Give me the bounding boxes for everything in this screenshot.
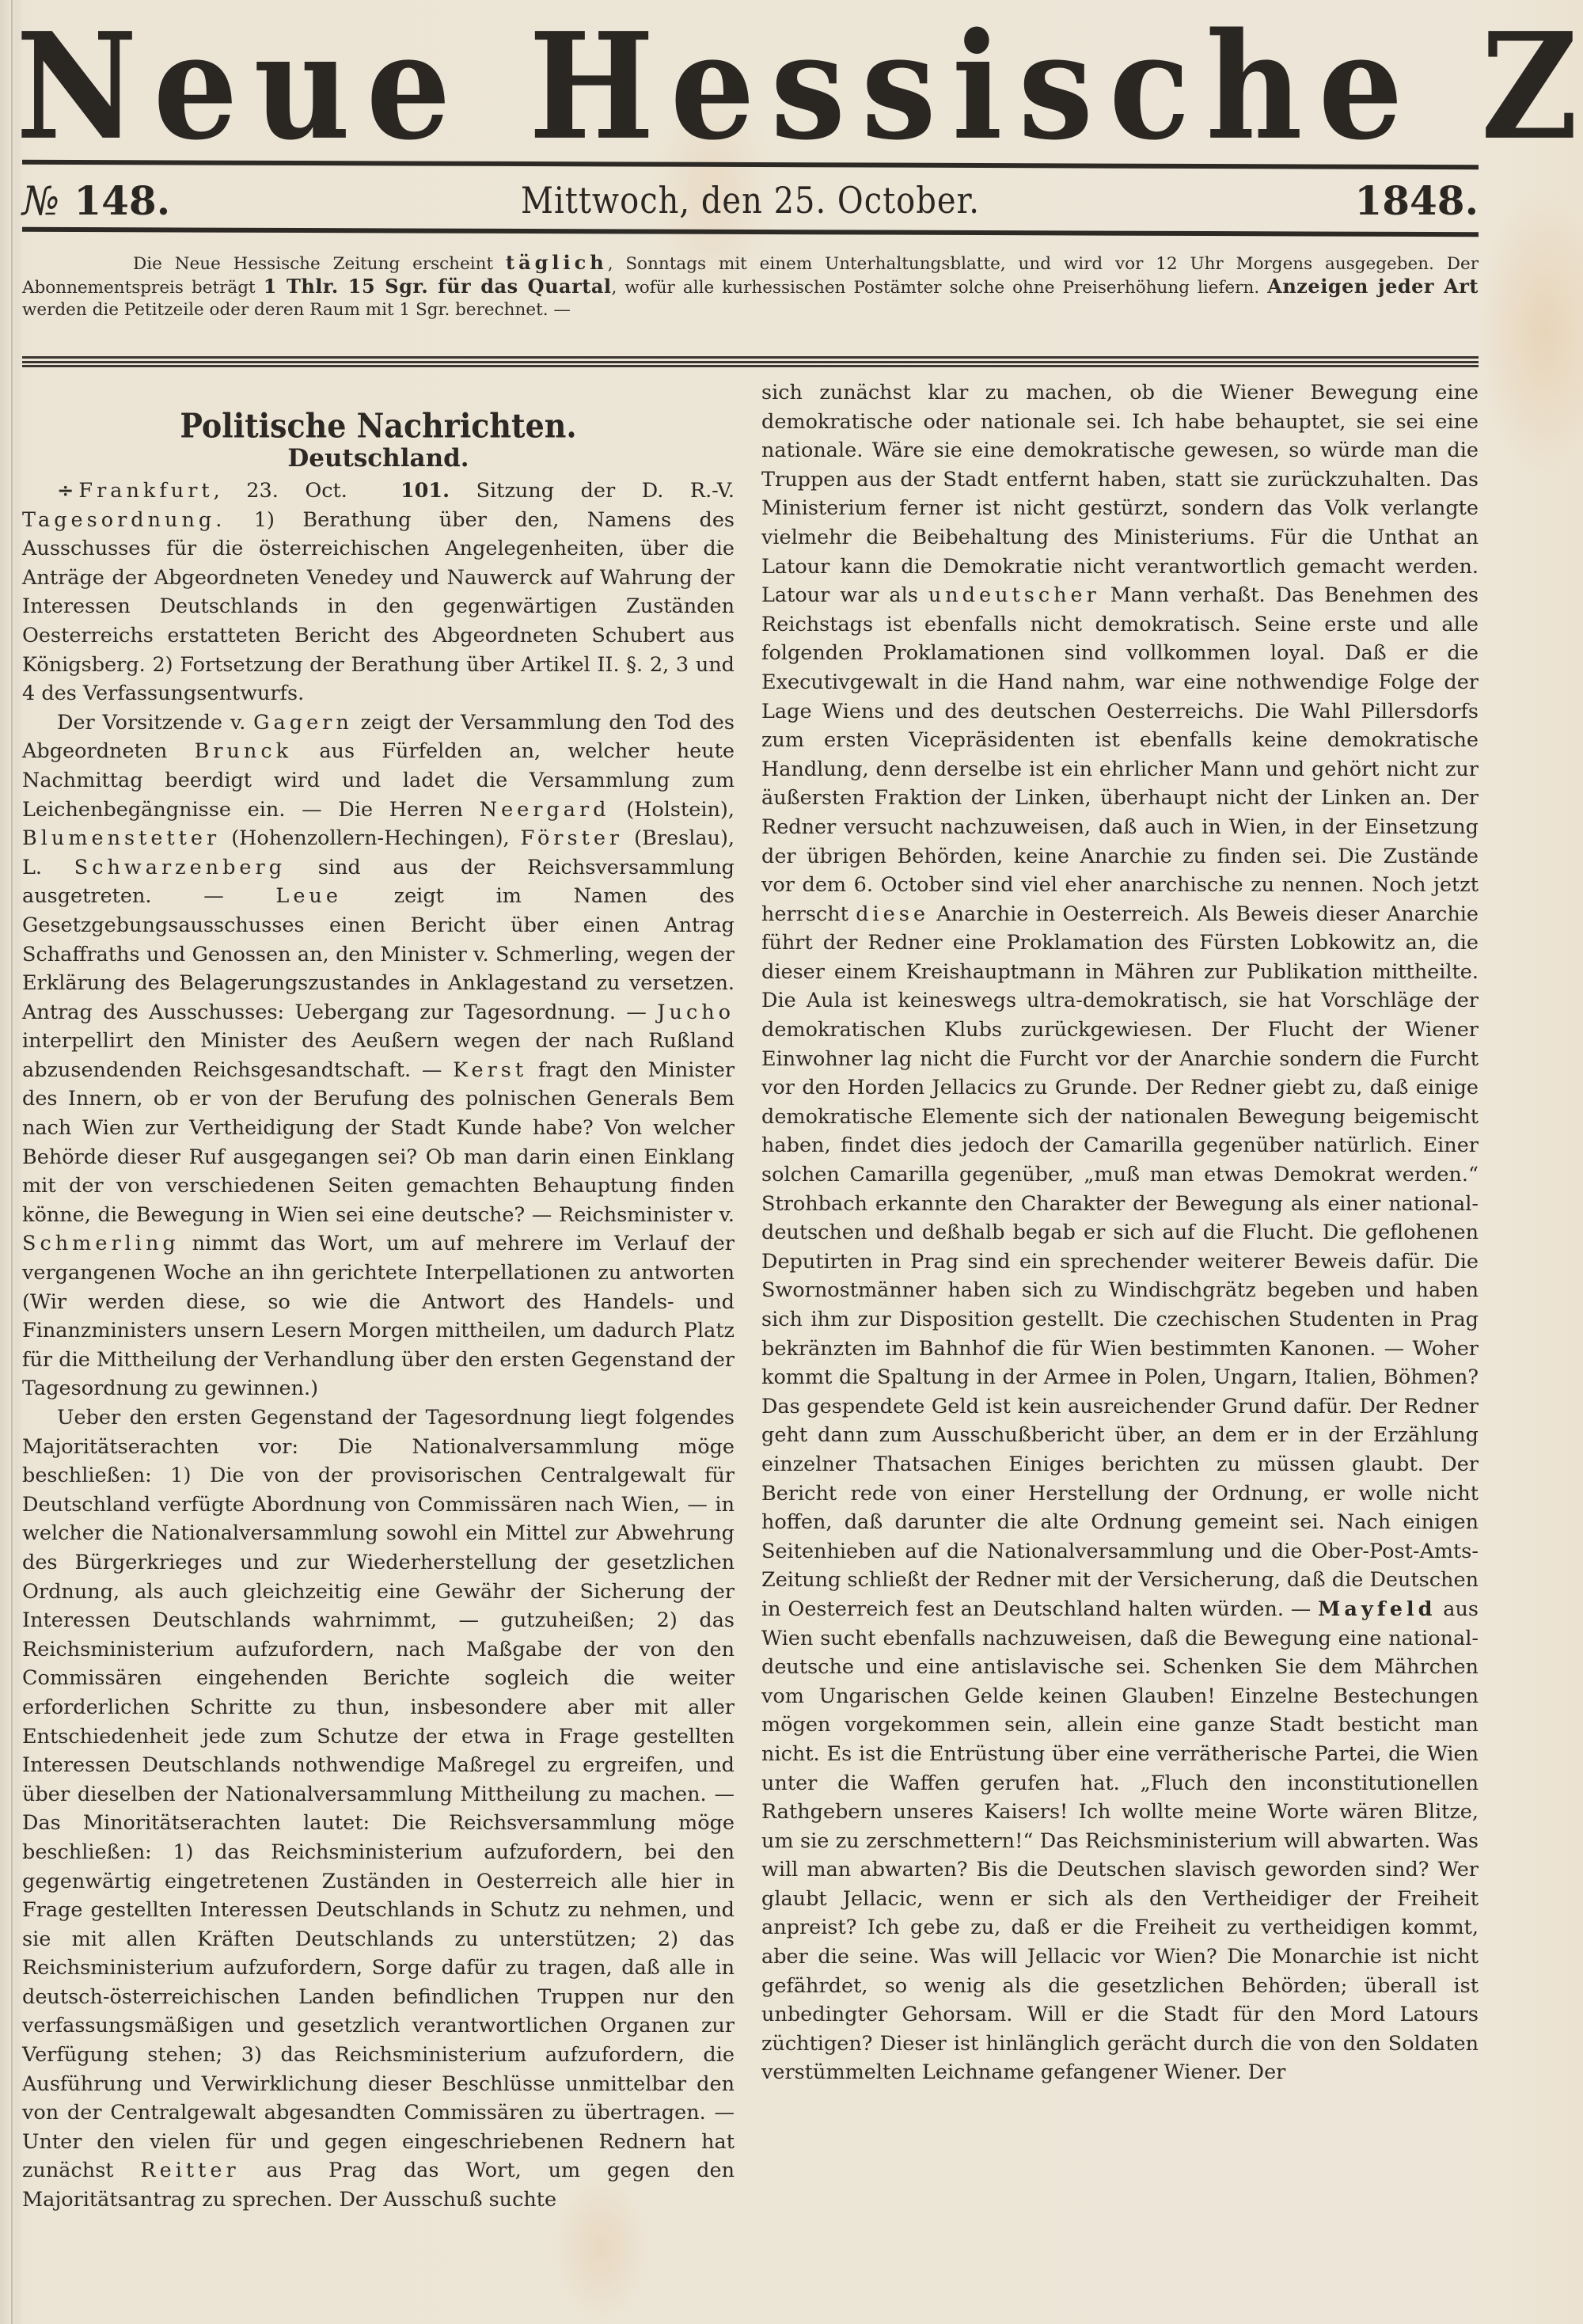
section-subtitle: Deutschland.: [22, 443, 735, 473]
text: fragt den Minister des Innern, ob er von…: [22, 1058, 735, 1227]
masthead-title: Neue Hessische Zeitung.: [16, 8, 1480, 165]
binding-edge: [11, 0, 13, 2324]
text: aus Wien sucht ebenfalls nachzuweisen, d…: [761, 1597, 1479, 2085]
issue-date: Mittwoch, den 25. October.: [22, 172, 1479, 230]
name-blumenstetter: Blumenstetter: [22, 826, 220, 850]
dateline-mark-icon: ÷: [57, 479, 74, 503]
notice-ads: Anzeigen jeder Art: [1267, 275, 1479, 298]
name-kerst: Kerst: [453, 1058, 527, 1082]
dateline-date: , 23. Oct.: [214, 479, 347, 503]
paragraph-proceedings: Der Vorsitzende v. Gagern zeigt der Vers…: [22, 708, 735, 1403]
article-column-right: sich zunächst klar zu machen, ob die Wie…: [761, 378, 1479, 2087]
notice-text: Die Neue Hessische Zeitung erscheint: [133, 254, 493, 274]
name-jucho: Jucho: [657, 1001, 735, 1024]
emphasis-diese: diese: [856, 902, 929, 926]
text: Sitzung der D. R.-V.: [476, 479, 735, 503]
name-schmerling: Schmerling: [22, 1232, 180, 1255]
text: Mann verhaßt. Das Benehmen des Reichstag…: [761, 583, 1479, 926]
section-double-rule: [22, 356, 1479, 367]
section-title: Politische Nachrichten.: [22, 407, 735, 445]
emphasis-undeutscher: undeutscher: [928, 583, 1100, 607]
article-column-left: Politische Nachrichten. Deutschland. ÷Fr…: [22, 386, 735, 2215]
name-reitter: Reitter: [140, 2159, 239, 2182]
text: sich zunächst klar zu machen, ob die Wie…: [761, 381, 1479, 607]
notice-price: 1 Thlr. 15 Sgr. für das Quartal: [264, 275, 612, 298]
issue-year: 1848.: [1354, 176, 1479, 226]
text: (Hohenzollern-Hechingen),: [231, 826, 509, 850]
name-schwarzenberg: Schwarzenberg: [74, 856, 286, 879]
paragraph-dateline: ÷Frankfurt, 23. Oct. 101. Sitzung der D.…: [22, 477, 735, 708]
text: 1) Berathung über den, Namens des Aussch…: [22, 508, 735, 706]
text: Ueber den ersten Gegenstand der Tagesord…: [22, 1406, 735, 2182]
text: Der Vorsitzende v.: [57, 711, 245, 735]
notice-text: werden die Petitzeile oder deren Raum mi…: [22, 300, 571, 320]
newspaper-page: Neue Hessische Zeitung. №148. Mittwoch, …: [0, 0, 1583, 2324]
name-foerster: Förster: [521, 826, 623, 850]
text: Anarchie in Oesterreich. Als Beweis dies…: [761, 902, 1479, 1621]
notice-text: , wofür alle kurhessischen Postämter sol…: [612, 278, 1260, 298]
name-mayfeld: Mayfeld: [1318, 1597, 1436, 1621]
dateline-city: Frankfurt: [78, 479, 213, 503]
session-number: 101.: [400, 479, 450, 503]
notice-daily: täglich: [506, 251, 608, 274]
subscription-notice: Die Neue Hessische Zeitung erscheint täg…: [22, 252, 1479, 321]
name-gagern: Gagern: [253, 711, 353, 735]
text: nimmt das Wort, um auf mehrere im Verlau…: [22, 1232, 735, 1400]
text: aus Prag das Wort, um gegen den Majoritä…: [22, 2159, 735, 2212]
paragraph-continuation: sich zunächst klar zu machen, ob die Wie…: [761, 378, 1479, 2087]
name-brunck: Brunck: [195, 739, 293, 763]
name-neergard: Neergard: [480, 798, 610, 822]
issue-row: №148. Mittwoch, den 25. October. 1848.: [22, 176, 1479, 226]
paragraph-majority-report: Ueber den ersten Gegenstand der Tagesord…: [22, 1403, 735, 2215]
name-leue: Leue: [275, 884, 342, 908]
agenda-label: Tagesordnung.: [22, 508, 226, 532]
text: (Holstein),: [626, 798, 735, 822]
